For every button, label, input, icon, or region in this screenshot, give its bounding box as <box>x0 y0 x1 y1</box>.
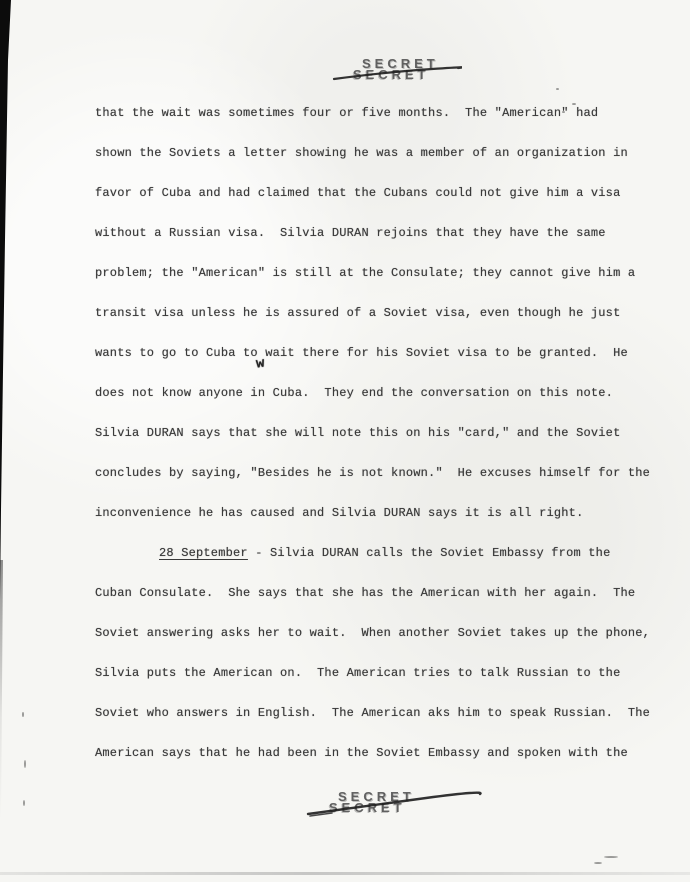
text-line-paragraph-start: 28 September - Silvia DURAN calls the So… <box>95 546 651 586</box>
typewritten-text: that the wait was sometimes four or five… <box>95 106 651 786</box>
text-line: without a Russian visa. Silvia DURAN rej… <box>95 226 651 266</box>
text-line: Soviet answering asks her to wait. When … <box>95 626 651 666</box>
text-line: Silvia DURAN says that she will note thi… <box>95 426 651 466</box>
scan-speckle <box>562 111 565 113</box>
scan-edge-artifact <box>0 0 13 600</box>
date-heading-underlined: 28 September <box>159 546 248 560</box>
ink-overstrike-mark: w <box>255 355 266 370</box>
text-line: problem; the "American" is still at the … <box>95 266 651 306</box>
scan-speckle <box>604 856 618 858</box>
scan-bottom-band <box>0 872 690 875</box>
secret-stamp-bottom-overprint: SECRET <box>329 800 406 815</box>
text-line: wants to go to Cuba to wait there for hi… <box>95 346 651 386</box>
secret-stamp-top: SECRET SECRET <box>362 56 482 90</box>
text-line: inconvenience he has caused and Silvia D… <box>95 506 651 546</box>
scan-edge-fade <box>0 560 4 820</box>
text-line: Soviet who answers in English. The Ameri… <box>95 706 651 746</box>
scan-speckle <box>594 862 602 864</box>
secret-stamp-top-overprint: SECRET <box>353 67 430 82</box>
text-line: American says that he had been in the So… <box>95 746 651 786</box>
text-line: does not know anyone in Cuba. They end t… <box>95 386 651 426</box>
text-line: Silvia puts the American on. The America… <box>95 666 651 706</box>
text-line: concludes by saying, "Besides he is not … <box>95 466 651 506</box>
scan-speckle <box>556 88 559 90</box>
secret-stamp-bottom: SECRET SECRET <box>338 789 508 827</box>
text-line-rest: - Silvia DURAN calls the Soviet Embassy … <box>248 546 611 560</box>
text-line: shown the Soviets a letter showing he wa… <box>95 146 651 186</box>
document-page: SECRET SECRET that the wait was sometime… <box>0 0 690 882</box>
scan-speckle <box>316 152 321 154</box>
text-line: favor of Cuba and had claimed that the C… <box>95 186 651 226</box>
text-line: that the wait was sometimes four or five… <box>95 106 651 146</box>
text-line: transit visa unless he is assured of a S… <box>95 306 651 346</box>
scan-speckle <box>572 103 576 105</box>
scan-speckle <box>24 760 26 768</box>
text-line: Cuban Consulate. She says that she has t… <box>95 586 651 626</box>
scan-speckle <box>22 712 24 717</box>
scan-speckle <box>23 800 25 806</box>
